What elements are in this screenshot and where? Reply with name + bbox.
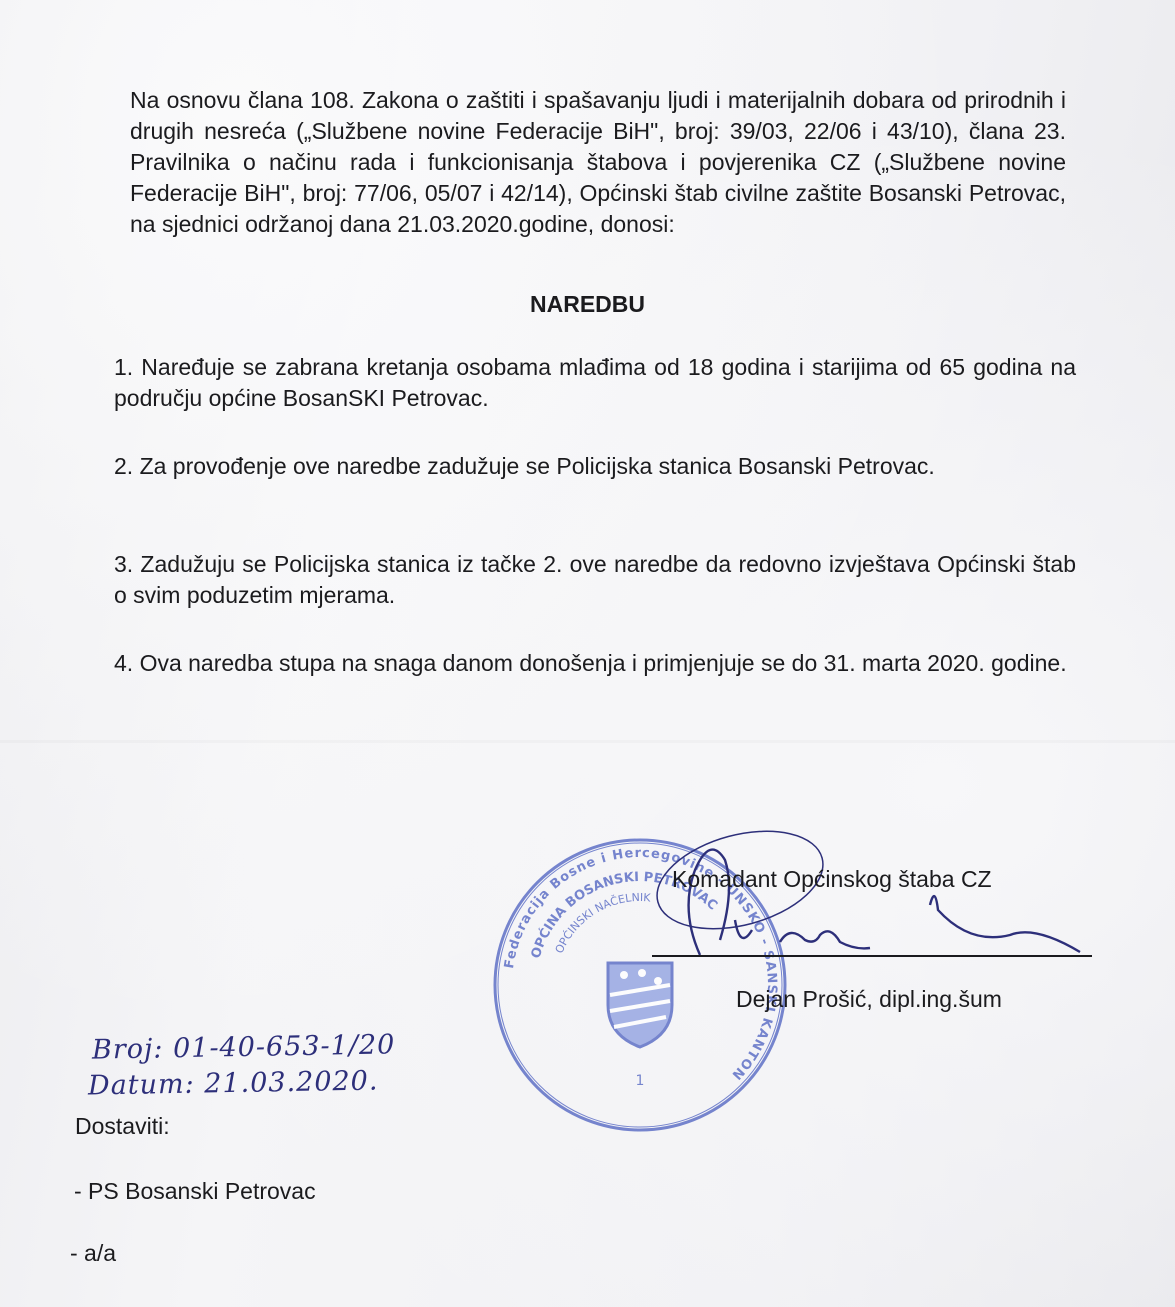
signature-line bbox=[652, 955, 1092, 957]
order-item-2: 2. Za provođenje ove naredbe zadužuje se… bbox=[114, 451, 1076, 482]
document-title: NAREDBU bbox=[0, 291, 1175, 318]
distribution-recipient: - a/a bbox=[70, 1240, 116, 1267]
order-item-4: 4. Ova naredba stupa na snaga danom dono… bbox=[114, 648, 1076, 679]
paper-fold bbox=[0, 740, 1175, 743]
signatory-title: Komadant Općinskog štaba CZ bbox=[672, 866, 992, 893]
handwritten-date: Datum: 21.03.2020. bbox=[88, 1065, 379, 1101]
order-item-1: 1. Naređuje se zabrana kretanja osobama … bbox=[114, 352, 1076, 414]
intro-paragraph: Na osnovu člana 108. Zakona o zaštiti i … bbox=[130, 85, 1066, 240]
distribution-recipient: - PS Bosanski Petrovac bbox=[74, 1178, 316, 1205]
svg-text:1: 1 bbox=[636, 1073, 645, 1089]
signatory-name: Dejan Prošić, dipl.ing.šum bbox=[736, 986, 1002, 1013]
handwritten-signature-icon bbox=[640, 830, 1090, 960]
distribution-label: Dostaviti: bbox=[75, 1113, 170, 1140]
order-item-3: 3. Zadužuju se Policijska stanica iz tač… bbox=[114, 549, 1076, 611]
handwritten-reference-number: Broj: 01-40-653-1/20 bbox=[92, 1029, 396, 1065]
